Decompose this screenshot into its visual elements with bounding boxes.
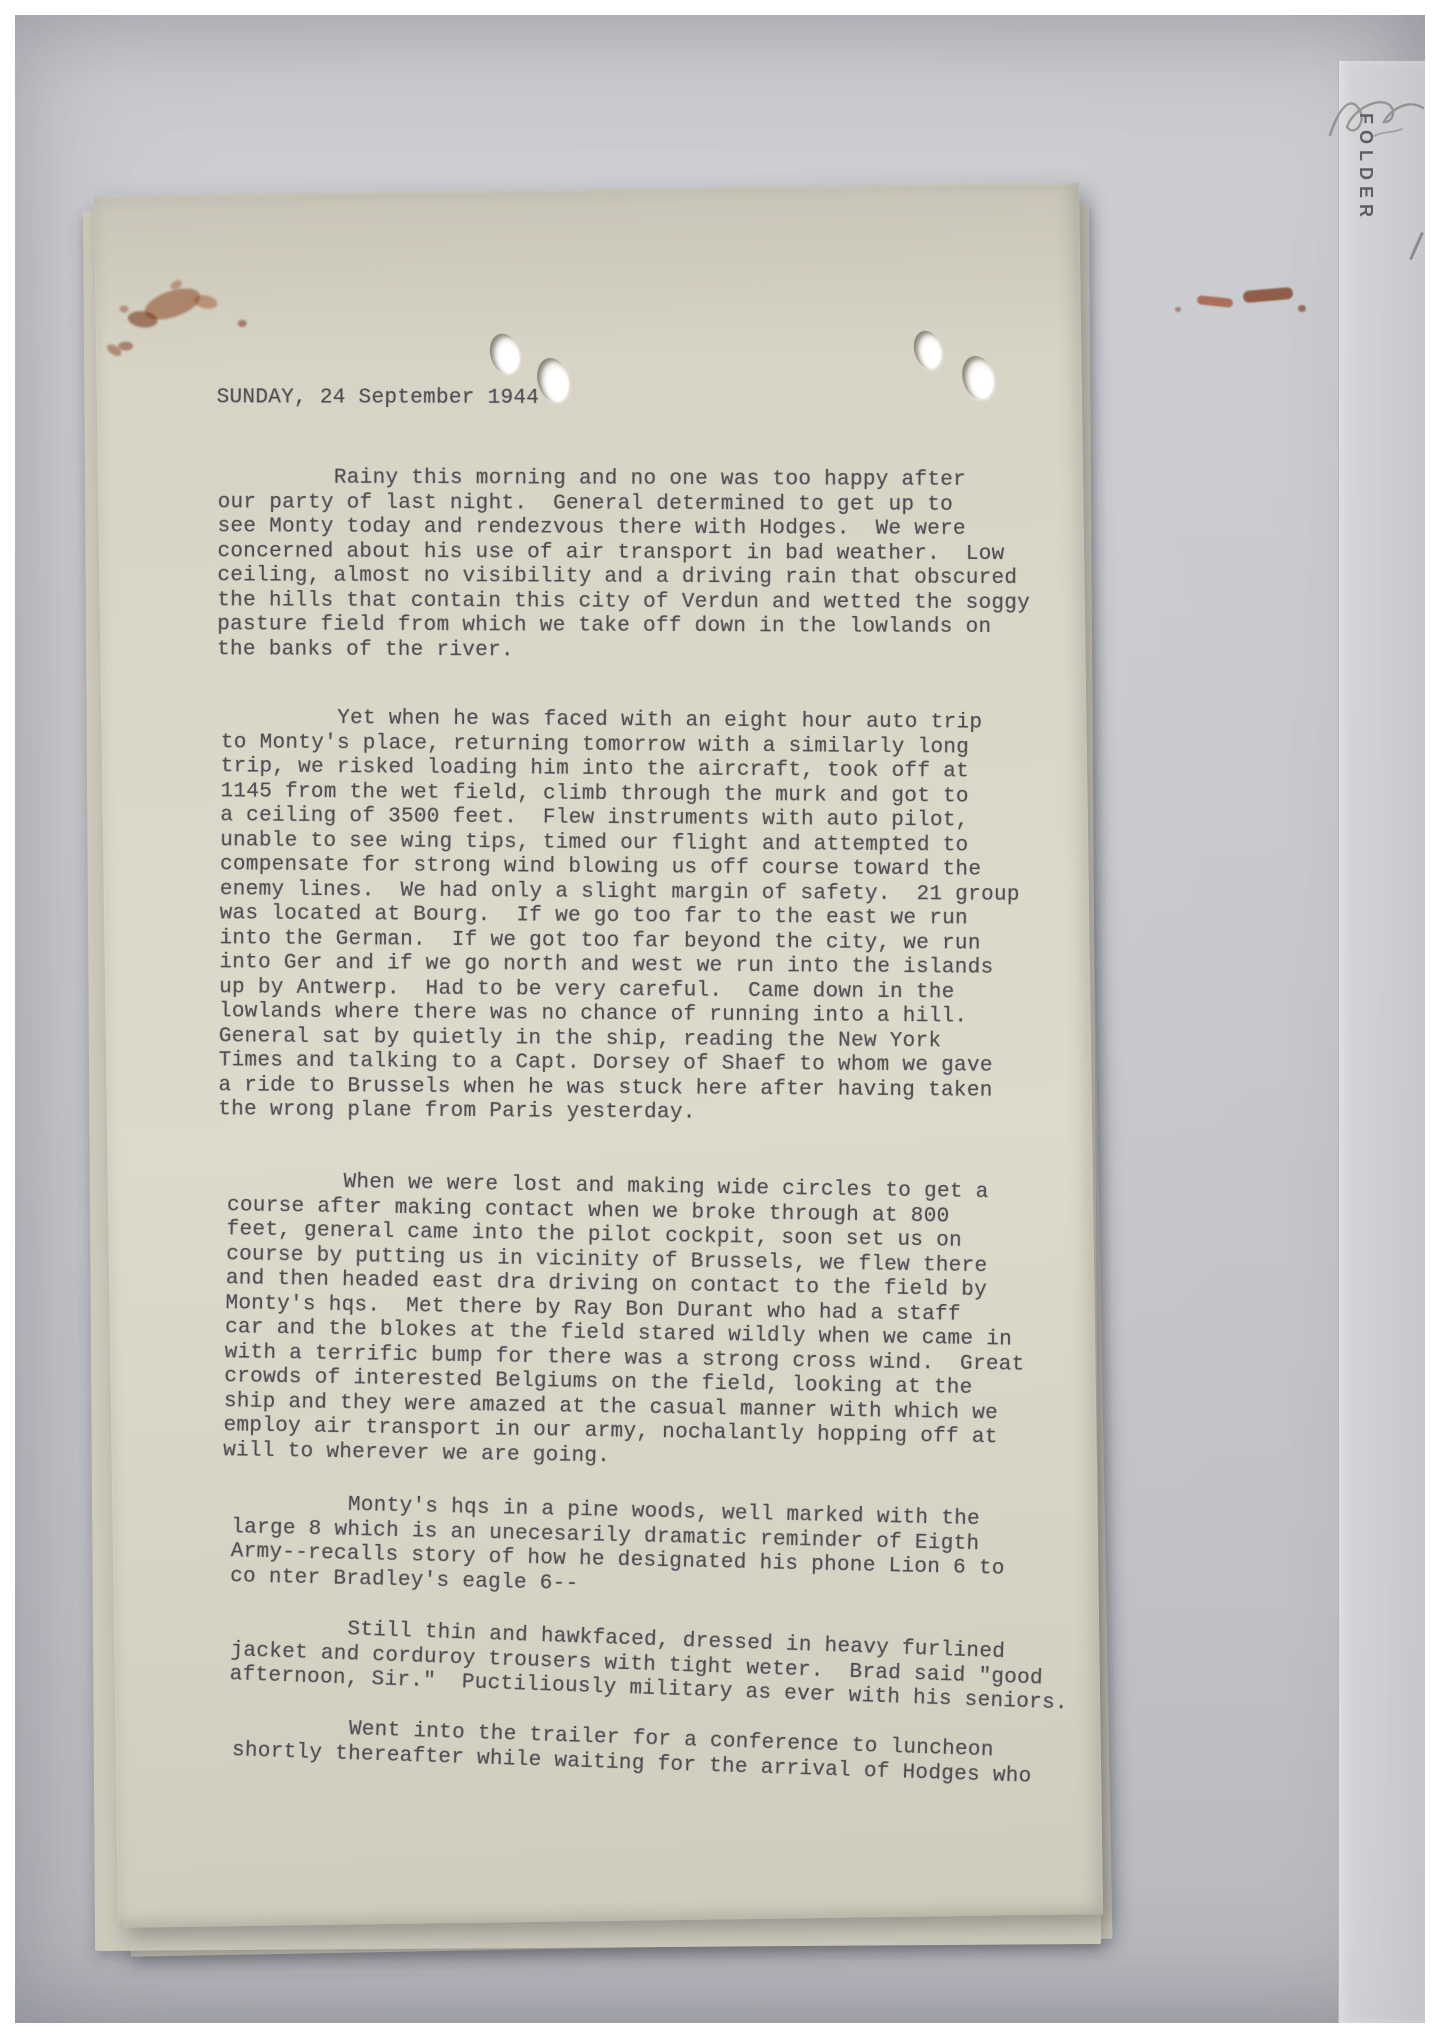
rust-stain <box>120 306 129 313</box>
diary-page: SUNDAY, 24 September 1944 Rainy this mor… <box>94 182 1103 1928</box>
punch-hole <box>910 328 946 373</box>
diary-paragraph: Went into the trailer for a conference t… <box>232 1714 1033 1789</box>
date-heading: SUNDAY, 24 September 1944 <box>217 386 540 411</box>
photo-background: FOLDER SUNDAY, 24 September 1944 Rainy t… <box>15 15 1425 2023</box>
rust-stain <box>238 320 247 327</box>
diary-paragraph: Yet when he was faced with an eight hour… <box>218 706 1021 1128</box>
diary-paragraph: Still thin and hawkfaced, dressed in hea… <box>229 1614 1070 1717</box>
folder-edge: FOLDER <box>1338 61 1425 2023</box>
rust-stain <box>192 293 218 310</box>
pencil-edge-mark <box>1409 232 1424 261</box>
punch-hole <box>485 330 524 377</box>
punch-hole <box>958 352 999 402</box>
rust-streak <box>1175 307 1181 312</box>
handwritten-mark <box>1320 71 1425 161</box>
rust-streak <box>1243 287 1294 303</box>
rust-streak <box>1197 295 1234 308</box>
diary-paragraph: Rainy this morning and no one was too ha… <box>217 466 1031 665</box>
rust-streak <box>1298 305 1306 312</box>
diary-paragraph: Monty's hqs in a pine woods, well marked… <box>230 1491 1006 1607</box>
diary-paragraph: When we were lost and making wide circle… <box>223 1169 1027 1476</box>
